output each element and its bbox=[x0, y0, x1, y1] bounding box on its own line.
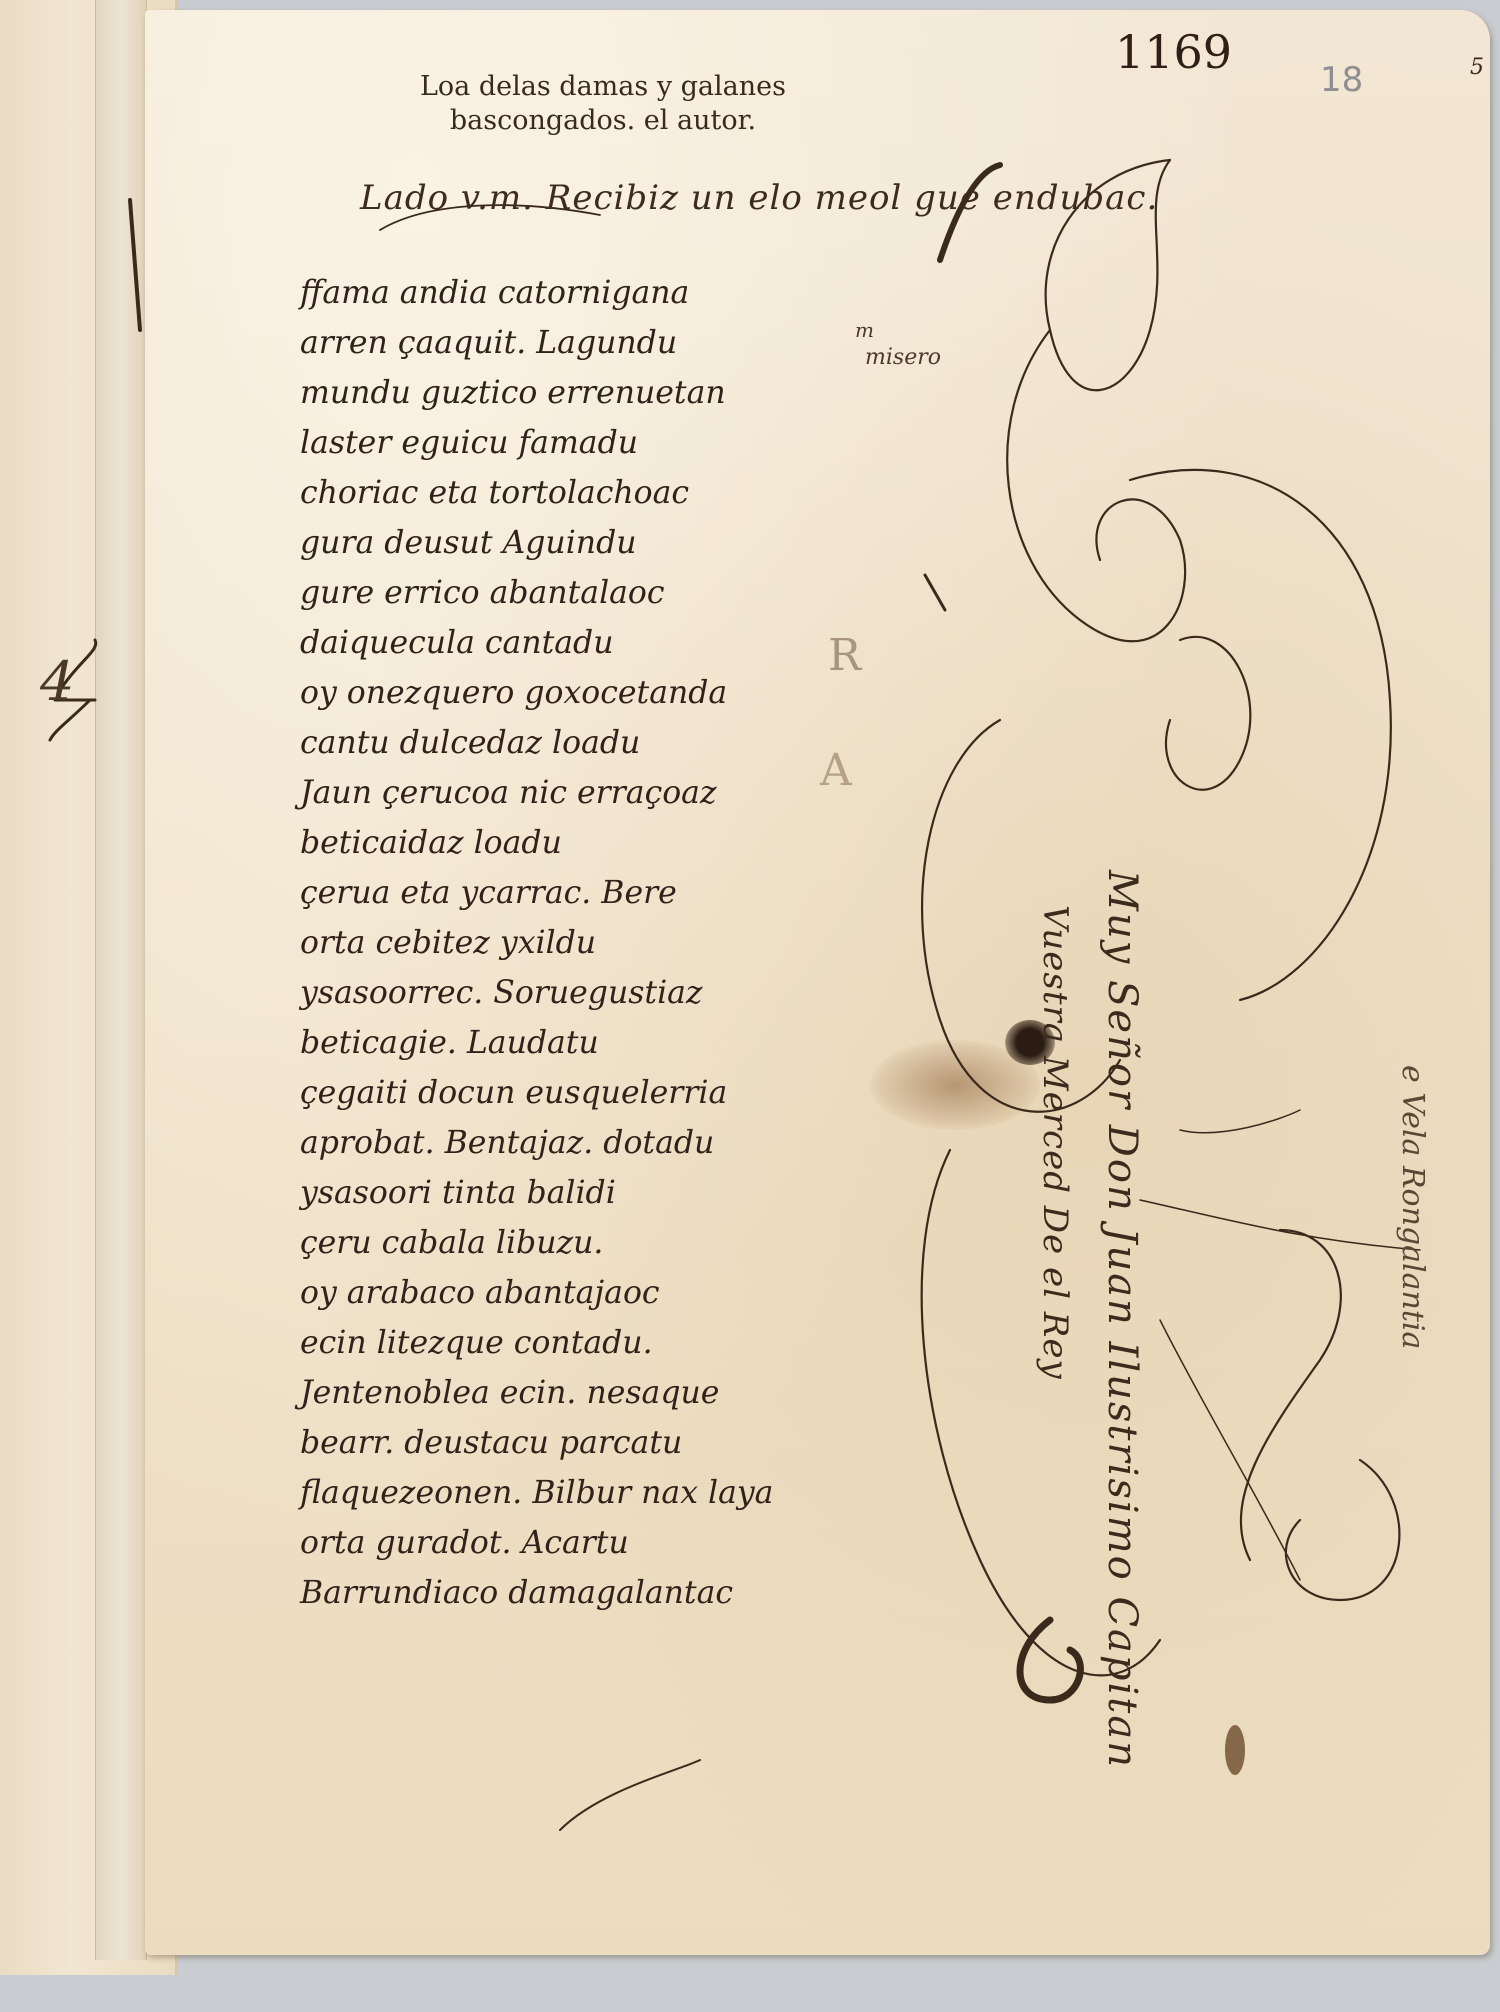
faded-stamp-letter: A bbox=[820, 745, 852, 796]
title-line: Loa delas damas y galanes bbox=[420, 70, 786, 104]
verse-line: beticagie. Laudatu bbox=[300, 1018, 773, 1068]
title-line: bascongados. el autor. bbox=[420, 104, 786, 138]
left-margin-mark: 4 bbox=[40, 650, 74, 713]
verse-line: ecin litezque contadu. bbox=[300, 1318, 773, 1368]
verse-line: laster eguicu famadu bbox=[300, 418, 773, 468]
binding-strip bbox=[95, 0, 147, 1960]
verse-line: oy onezquero goxocetanda bbox=[300, 668, 773, 718]
vertical-inscription-edge: e Vela Rongalantia bbox=[1395, 1065, 1430, 1349]
verse-line: bearr. deustacu parcatu bbox=[300, 1418, 773, 1468]
margin-superscript: m bbox=[855, 318, 874, 342]
verse-line: ffama andia catornigana bbox=[300, 268, 773, 318]
verse-line: orta guradot. Acartu bbox=[300, 1518, 773, 1568]
ink-blot-small bbox=[1225, 1725, 1245, 1775]
verse-line: arren çaaquit. Lagundu bbox=[300, 318, 773, 368]
folio-number: 1169 bbox=[1115, 25, 1232, 79]
verse-line: gure errico abantalaoc bbox=[300, 568, 773, 618]
verse-line: çerua eta ycarrac. Bere bbox=[300, 868, 773, 918]
verse-line: beticaidaz loadu bbox=[300, 818, 773, 868]
verse-line: oy arabaco abantajaoc bbox=[300, 1268, 773, 1318]
vertical-inscription-main: Muy Señor Don Juan Ilustrisimo Capitan bbox=[1099, 870, 1145, 1769]
verse-line: flaquezeonen. Bilbur nax laya bbox=[300, 1468, 773, 1518]
margin-note: misero bbox=[865, 345, 941, 370]
verse-line: çeru cabala libuzu. bbox=[300, 1218, 773, 1268]
verse-line: gura deusut Aguindu bbox=[300, 518, 773, 568]
verse-line: Jaun çerucoa nic erraçoaz bbox=[300, 768, 773, 818]
vertical-inscription-second: Vuestra Merced De el Rey bbox=[1035, 905, 1075, 1380]
verse-line: Barrundiaco damagalantac bbox=[300, 1568, 773, 1618]
verse-line: cantu dulcedaz loadu bbox=[300, 718, 773, 768]
verse-line: aprobat. Bentajaz. dotadu bbox=[300, 1118, 773, 1168]
verse-line: mundu guztico errenuetan bbox=[300, 368, 773, 418]
corner-mark: 5 bbox=[1470, 55, 1484, 80]
faded-stamp-letter: R bbox=[828, 630, 861, 681]
verse-line: Jentenoblea ecin. nesaque bbox=[300, 1368, 773, 1418]
verse-line: choriac eta tortolachoac bbox=[300, 468, 773, 518]
manuscript-title: Loa delas damas y galanes bascongados. e… bbox=[420, 70, 786, 138]
salutation-line: Lado v.m. Recibiz un elo meol gue enduba… bbox=[360, 178, 1158, 218]
verse-line: çegaiti docun eusquelerria bbox=[300, 1068, 773, 1118]
verse-line: ysasoorrec. Soruegustiaz bbox=[300, 968, 773, 1018]
verse-line: daiquecula cantadu bbox=[300, 618, 773, 668]
verse-block: ffama andia catornigana arren çaaquit. L… bbox=[300, 268, 773, 1618]
pencil-folio-number: 18 bbox=[1320, 60, 1363, 100]
verse-line: orta cebitez yxildu bbox=[300, 918, 773, 968]
verse-line: ysasoori tinta balidi bbox=[300, 1168, 773, 1218]
